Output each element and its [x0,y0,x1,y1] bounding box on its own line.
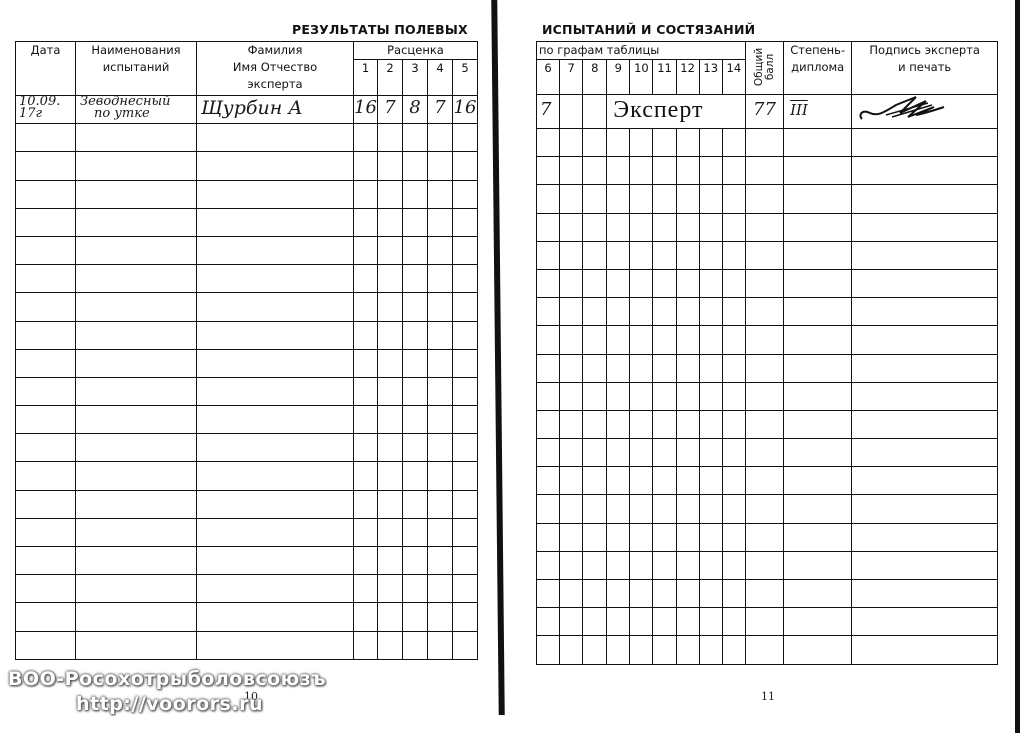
empty-cell[interactable] [607,551,630,579]
empty-cell[interactable] [16,518,76,546]
empty-cell[interactable] [745,580,783,608]
empty-cell[interactable] [354,265,378,293]
empty-cell[interactable] [76,124,197,152]
empty-cell[interactable] [583,439,607,467]
empty-cell[interactable] [16,321,76,349]
empty-cell[interactable] [784,185,852,213]
empty-cell[interactable] [76,406,197,434]
empty-cell[interactable] [403,462,428,490]
empty-cell[interactable] [197,603,354,631]
empty-cell[interactable] [699,129,722,157]
empty-cell[interactable] [653,467,676,495]
empty-cell[interactable] [537,439,560,467]
empty-cell[interactable] [630,269,653,297]
empty-cell[interactable] [378,462,403,490]
empty-cell[interactable] [197,547,354,575]
empty-cell[interactable] [630,129,653,157]
empty-cell[interactable] [537,269,560,297]
empty-cell[interactable] [852,354,998,382]
empty-cell[interactable] [745,439,783,467]
empty-cell[interactable] [676,439,699,467]
cell-expert[interactable]: Щурбин А [197,96,354,124]
empty-cell[interactable] [630,213,653,241]
empty-cell[interactable] [607,410,630,438]
empty-cell[interactable] [784,551,852,579]
empty-cell[interactable] [403,490,428,518]
empty-cell[interactable] [16,265,76,293]
empty-cell[interactable] [630,580,653,608]
empty-cell[interactable] [676,467,699,495]
empty-cell[interactable] [197,631,354,659]
empty-cell[interactable] [76,462,197,490]
empty-cell[interactable] [676,551,699,579]
empty-cell[interactable] [699,354,722,382]
empty-cell[interactable] [537,636,560,664]
empty-cell[interactable] [676,298,699,326]
empty-cell[interactable] [676,269,699,297]
empty-cell[interactable] [428,124,453,152]
empty-cell[interactable] [403,377,428,405]
empty-cell[interactable] [76,547,197,575]
empty-cell[interactable] [653,495,676,523]
empty-cell[interactable] [537,298,560,326]
empty-cell[interactable] [745,185,783,213]
empty-cell[interactable] [537,551,560,579]
empty-cell[interactable] [378,265,403,293]
empty-cell[interactable] [583,495,607,523]
empty-cell[interactable] [630,382,653,410]
empty-cell[interactable] [784,269,852,297]
empty-cell[interactable] [378,236,403,264]
cell-score[interactable]: 7 [378,96,403,124]
empty-cell[interactable] [852,467,998,495]
cell-score[interactable]: 7 [428,96,453,124]
cell-score[interactable]: 8 [403,96,428,124]
empty-cell[interactable] [676,185,699,213]
empty-cell[interactable] [722,326,745,354]
empty-cell[interactable] [722,241,745,269]
empty-cell[interactable] [453,377,478,405]
empty-cell[interactable] [197,321,354,349]
empty-cell[interactable] [852,608,998,636]
empty-cell[interactable] [453,434,478,462]
empty-cell[interactable] [630,157,653,185]
empty-cell[interactable] [453,180,478,208]
empty-cell[interactable] [378,575,403,603]
empty-cell[interactable] [745,298,783,326]
empty-cell[interactable] [784,636,852,664]
empty-cell[interactable] [852,410,998,438]
empty-cell[interactable] [745,495,783,523]
empty-cell[interactable] [378,406,403,434]
empty-cell[interactable] [699,213,722,241]
empty-cell[interactable] [676,608,699,636]
empty-cell[interactable] [745,241,783,269]
empty-cell[interactable] [583,467,607,495]
empty-cell[interactable] [16,631,76,659]
empty-cell[interactable] [378,518,403,546]
empty-cell[interactable] [354,518,378,546]
empty-cell[interactable] [16,236,76,264]
empty-cell[interactable] [583,213,607,241]
empty-cell[interactable] [16,406,76,434]
empty-cell[interactable] [428,462,453,490]
empty-cell[interactable] [630,439,653,467]
cell-score[interactable]: 16 [354,96,378,124]
empty-cell[interactable] [676,213,699,241]
empty-cell[interactable] [676,523,699,551]
empty-cell[interactable] [653,241,676,269]
empty-cell[interactable] [676,241,699,269]
empty-cell[interactable] [16,180,76,208]
empty-cell[interactable] [560,580,583,608]
empty-cell[interactable] [699,551,722,579]
empty-cell[interactable] [453,462,478,490]
empty-cell[interactable] [607,608,630,636]
empty-cell[interactable] [453,293,478,321]
empty-cell[interactable] [722,410,745,438]
empty-cell[interactable] [537,495,560,523]
empty-cell[interactable] [607,157,630,185]
cell-trial-name[interactable]: Зеводнесный по утке [76,96,197,124]
empty-cell[interactable] [197,152,354,180]
empty-cell[interactable] [453,547,478,575]
empty-cell[interactable] [745,157,783,185]
empty-cell[interactable] [378,180,403,208]
empty-cell[interactable] [699,523,722,551]
empty-cell[interactable] [607,298,630,326]
empty-cell[interactable] [653,298,676,326]
empty-cell[interactable] [852,495,998,523]
empty-cell[interactable] [560,410,583,438]
empty-cell[interactable] [378,603,403,631]
empty-cell[interactable] [537,129,560,157]
empty-cell[interactable] [76,377,197,405]
empty-cell[interactable] [583,241,607,269]
empty-cell[interactable] [378,490,403,518]
empty-cell[interactable] [699,439,722,467]
cell-diploma[interactable]: III [784,95,852,129]
empty-cell[interactable] [852,129,998,157]
empty-cell[interactable] [453,321,478,349]
empty-cell[interactable] [76,180,197,208]
empty-cell[interactable] [607,326,630,354]
empty-cell[interactable] [722,157,745,185]
empty-cell[interactable] [403,208,428,236]
empty-cell[interactable] [852,636,998,664]
empty-cell[interactable] [784,326,852,354]
empty-cell[interactable] [583,608,607,636]
empty-cell[interactable] [428,518,453,546]
empty-cell[interactable] [607,439,630,467]
empty-cell[interactable] [630,608,653,636]
empty-cell[interactable] [537,608,560,636]
empty-cell[interactable] [16,124,76,152]
empty-cell[interactable] [784,467,852,495]
empty-cell[interactable] [630,241,653,269]
empty-cell[interactable] [76,152,197,180]
empty-cell[interactable] [197,377,354,405]
empty-cell[interactable] [76,490,197,518]
empty-cell[interactable] [583,129,607,157]
empty-cell[interactable] [378,321,403,349]
empty-cell[interactable] [560,636,583,664]
empty-cell[interactable] [560,382,583,410]
empty-cell[interactable] [428,406,453,434]
empty-cell[interactable] [653,636,676,664]
empty-cell[interactable] [428,321,453,349]
empty-cell[interactable] [653,382,676,410]
empty-cell[interactable] [354,406,378,434]
empty-cell[interactable] [653,129,676,157]
empty-cell[interactable] [653,580,676,608]
empty-cell[interactable] [197,208,354,236]
empty-cell[interactable] [537,185,560,213]
empty-cell[interactable] [699,495,722,523]
empty-cell[interactable] [403,547,428,575]
empty-cell[interactable] [76,434,197,462]
empty-cell[interactable] [852,241,998,269]
empty-cell[interactable] [745,551,783,579]
empty-cell[interactable] [428,603,453,631]
empty-cell[interactable] [745,410,783,438]
empty-cell[interactable] [607,580,630,608]
empty-cell[interactable] [76,208,197,236]
empty-cell[interactable] [378,631,403,659]
empty-cell[interactable] [76,265,197,293]
empty-cell[interactable] [197,462,354,490]
empty-cell[interactable] [745,467,783,495]
empty-cell[interactable] [428,575,453,603]
empty-cell[interactable] [560,326,583,354]
empty-cell[interactable] [630,523,653,551]
empty-cell[interactable] [745,636,783,664]
empty-cell[interactable] [722,129,745,157]
empty-cell[interactable] [354,180,378,208]
empty-cell[interactable] [676,410,699,438]
empty-cell[interactable] [354,152,378,180]
empty-cell[interactable] [403,152,428,180]
empty-cell[interactable] [676,157,699,185]
empty-cell[interactable] [784,439,852,467]
empty-cell[interactable] [354,208,378,236]
cell-score[interactable] [583,95,607,129]
empty-cell[interactable] [16,349,76,377]
empty-cell[interactable] [428,631,453,659]
empty-cell[interactable] [354,490,378,518]
empty-cell[interactable] [428,377,453,405]
empty-cell[interactable] [676,382,699,410]
empty-cell[interactable] [354,124,378,152]
empty-cell[interactable] [197,180,354,208]
empty-cell[interactable] [745,354,783,382]
empty-cell[interactable] [76,575,197,603]
empty-cell[interactable] [537,213,560,241]
empty-cell[interactable] [852,213,998,241]
empty-cell[interactable] [607,523,630,551]
empty-cell[interactable] [722,580,745,608]
empty-cell[interactable] [607,213,630,241]
empty-cell[interactable] [428,180,453,208]
empty-cell[interactable] [378,377,403,405]
empty-cell[interactable] [354,575,378,603]
empty-cell[interactable] [197,434,354,462]
empty-cell[interactable] [403,236,428,264]
empty-cell[interactable] [428,293,453,321]
empty-cell[interactable] [722,636,745,664]
empty-cell[interactable] [722,185,745,213]
empty-cell[interactable] [699,326,722,354]
empty-cell[interactable] [453,124,478,152]
empty-cell[interactable] [428,208,453,236]
empty-cell[interactable] [722,213,745,241]
empty-cell[interactable] [745,326,783,354]
empty-cell[interactable] [197,265,354,293]
empty-cell[interactable] [630,636,653,664]
empty-cell[interactable] [560,241,583,269]
empty-cell[interactable] [676,129,699,157]
empty-cell[interactable] [76,631,197,659]
empty-cell[interactable] [699,636,722,664]
empty-cell[interactable] [583,354,607,382]
empty-cell[interactable] [583,523,607,551]
empty-cell[interactable] [537,580,560,608]
empty-cell[interactable] [453,490,478,518]
empty-cell[interactable] [699,382,722,410]
cell-score[interactable]: 7 [537,95,560,129]
empty-cell[interactable] [607,382,630,410]
empty-cell[interactable] [76,236,197,264]
empty-cell[interactable] [852,551,998,579]
empty-cell[interactable] [784,495,852,523]
empty-cell[interactable] [354,434,378,462]
empty-cell[interactable] [560,354,583,382]
empty-cell[interactable] [852,185,998,213]
empty-cell[interactable] [354,603,378,631]
empty-cell[interactable] [453,575,478,603]
empty-cell[interactable] [16,490,76,518]
cell-date[interactable]: 10.09. 17г [16,96,76,124]
empty-cell[interactable] [653,410,676,438]
empty-cell[interactable] [197,349,354,377]
empty-cell[interactable] [653,354,676,382]
empty-cell[interactable] [607,269,630,297]
empty-cell[interactable] [453,236,478,264]
empty-cell[interactable] [607,241,630,269]
empty-cell[interactable] [537,354,560,382]
empty-cell[interactable] [453,152,478,180]
empty-cell[interactable] [378,349,403,377]
empty-cell[interactable] [583,185,607,213]
cell-score[interactable]: 16 [453,96,478,124]
empty-cell[interactable] [428,547,453,575]
empty-cell[interactable] [630,551,653,579]
empty-cell[interactable] [76,603,197,631]
empty-cell[interactable] [784,608,852,636]
empty-cell[interactable] [784,157,852,185]
empty-cell[interactable] [722,439,745,467]
empty-cell[interactable] [453,208,478,236]
empty-cell[interactable] [583,636,607,664]
empty-cell[interactable] [197,236,354,264]
empty-cell[interactable] [453,603,478,631]
empty-cell[interactable] [560,129,583,157]
empty-cell[interactable] [630,354,653,382]
empty-cell[interactable] [354,631,378,659]
empty-cell[interactable] [16,547,76,575]
empty-cell[interactable] [653,608,676,636]
empty-cell[interactable] [699,298,722,326]
empty-cell[interactable] [722,382,745,410]
empty-cell[interactable] [16,208,76,236]
empty-cell[interactable] [16,462,76,490]
empty-cell[interactable] [403,575,428,603]
empty-cell[interactable] [453,265,478,293]
empty-cell[interactable] [722,608,745,636]
empty-cell[interactable] [784,410,852,438]
empty-cell[interactable] [197,124,354,152]
empty-cell[interactable] [653,269,676,297]
empty-cell[interactable] [722,523,745,551]
empty-cell[interactable] [722,354,745,382]
empty-cell[interactable] [197,518,354,546]
empty-cell[interactable] [653,326,676,354]
empty-cell[interactable] [537,467,560,495]
empty-cell[interactable] [354,349,378,377]
empty-cell[interactable] [583,326,607,354]
empty-cell[interactable] [583,298,607,326]
empty-cell[interactable] [784,213,852,241]
empty-cell[interactable] [722,269,745,297]
empty-cell[interactable] [16,293,76,321]
empty-cell[interactable] [453,518,478,546]
empty-cell[interactable] [428,152,453,180]
empty-cell[interactable] [453,349,478,377]
empty-cell[interactable] [76,518,197,546]
empty-cell[interactable] [16,152,76,180]
empty-cell[interactable] [354,321,378,349]
empty-cell[interactable] [784,241,852,269]
empty-cell[interactable] [403,603,428,631]
cell-total-score[interactable]: 77 [745,95,783,129]
empty-cell[interactable] [699,580,722,608]
empty-cell[interactable] [722,467,745,495]
empty-cell[interactable] [428,265,453,293]
empty-cell[interactable] [607,495,630,523]
empty-cell[interactable] [428,434,453,462]
empty-cell[interactable] [607,467,630,495]
empty-cell[interactable] [560,523,583,551]
empty-cell[interactable] [784,523,852,551]
empty-cell[interactable] [676,636,699,664]
empty-cell[interactable] [852,580,998,608]
empty-cell[interactable] [560,269,583,297]
empty-cell[interactable] [560,495,583,523]
empty-cell[interactable] [852,439,998,467]
empty-cell[interactable] [607,636,630,664]
empty-cell[interactable] [537,523,560,551]
empty-cell[interactable] [16,434,76,462]
empty-cell[interactable] [630,467,653,495]
empty-cell[interactable] [653,157,676,185]
empty-cell[interactable] [676,495,699,523]
empty-cell[interactable] [403,349,428,377]
empty-cell[interactable] [653,551,676,579]
empty-cell[interactable] [653,523,676,551]
empty-cell[interactable] [583,157,607,185]
empty-cell[interactable] [630,298,653,326]
empty-cell[interactable] [403,631,428,659]
